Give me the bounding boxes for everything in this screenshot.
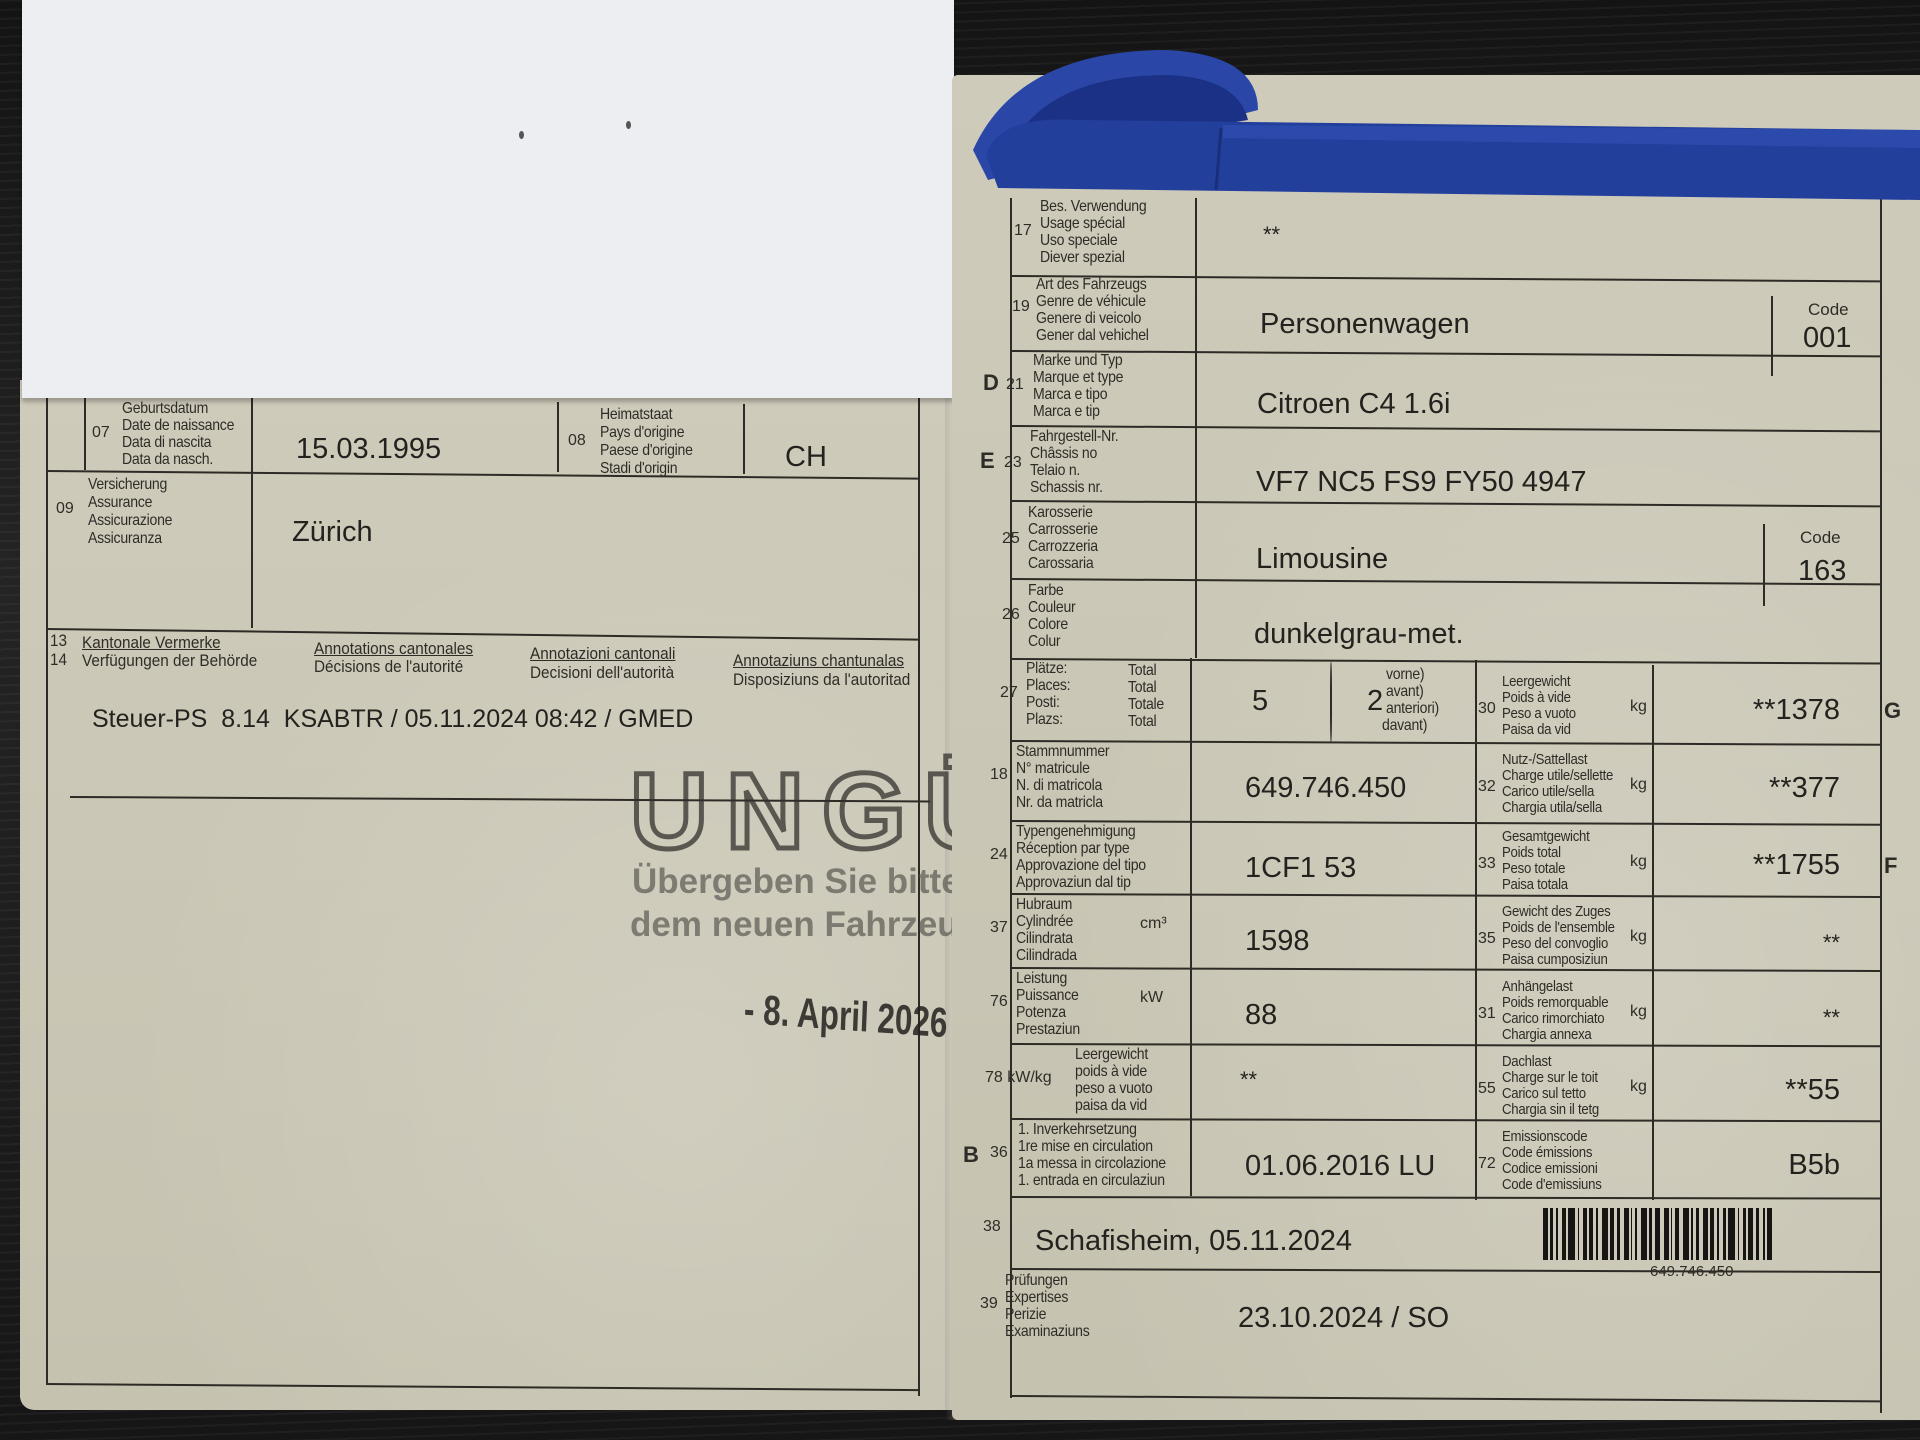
field-number: 30 bbox=[1478, 700, 1496, 718]
field-label: Cilindrada bbox=[1016, 947, 1077, 964]
field-19-number: 19 bbox=[1012, 298, 1030, 316]
blue-pen bbox=[958, 30, 1920, 200]
seats-front-de: vorne) bbox=[1386, 666, 1424, 683]
field-number: 35 bbox=[1478, 930, 1496, 948]
field-17-number: 17 bbox=[1014, 222, 1032, 240]
barcode-bar bbox=[1743, 1208, 1746, 1260]
inspection-value: 23.10.2024 / SO bbox=[1238, 1302, 1449, 1335]
field-label: Codice emissioni bbox=[1502, 1161, 1598, 1177]
field-21-label-de: Marke und Typ bbox=[1033, 352, 1122, 369]
annotation-fr-13: Annotations cantonales bbox=[314, 640, 473, 658]
field-17-label-rm: Diever spezial bbox=[1040, 249, 1125, 266]
field-25-number: 25 bbox=[1002, 530, 1020, 548]
field-value: **55 bbox=[1785, 1074, 1840, 1107]
field-unit: kg bbox=[1630, 928, 1647, 946]
annotation-de-14: Verfügungen der Behörde bbox=[82, 652, 257, 670]
divider bbox=[84, 398, 86, 470]
field-label: N. di matricola bbox=[1016, 777, 1102, 794]
field-21-number: 21 bbox=[1006, 376, 1024, 394]
field-label: Réception par type bbox=[1016, 840, 1129, 857]
barcode-number: 649.746.450 bbox=[1650, 1263, 1733, 1280]
color-value: dunkelgrau-met. bbox=[1254, 618, 1464, 651]
field-label: Leergewicht bbox=[1502, 674, 1570, 690]
field-23-label-rm: Schassis nr. bbox=[1030, 479, 1103, 496]
field-value: B5b bbox=[1788, 1149, 1840, 1182]
annotation-fr-14: Décisions de l'autorité bbox=[314, 658, 463, 676]
field-label: Poids remorquable bbox=[1502, 995, 1608, 1011]
vehicle-type-code: 001 bbox=[1803, 322, 1851, 355]
barcode-bar bbox=[1696, 1208, 1699, 1260]
field-26-label-fr: Couleur bbox=[1028, 599, 1075, 616]
barcode-bar bbox=[1703, 1208, 1708, 1260]
field-label: Poids à vide bbox=[1502, 690, 1571, 706]
annotation-rm-13: Annotaziuns chantunalas bbox=[733, 652, 904, 670]
card-speck bbox=[626, 121, 631, 129]
field-19-label-rm: Gener dal vehichel bbox=[1036, 327, 1149, 344]
side-letter-e: E bbox=[980, 448, 995, 474]
field-label: Paisa da vid bbox=[1502, 722, 1571, 738]
field-07-number: 07 bbox=[92, 424, 110, 442]
barcode-bar bbox=[1723, 1208, 1726, 1260]
annotation-de-13: Kantonale Vermerke bbox=[82, 634, 221, 652]
barcode-bar bbox=[1550, 1208, 1553, 1260]
barcode-bar bbox=[1671, 1208, 1673, 1260]
field-value: **1755 bbox=[1753, 849, 1840, 882]
field-26-label-de: Farbe bbox=[1028, 582, 1063, 599]
seats-label-it: Posti: bbox=[1026, 694, 1060, 711]
seats-front-value: 2 bbox=[1367, 685, 1383, 718]
field-19-label-fr: Genre de véhicule bbox=[1036, 293, 1146, 310]
field-label: Leistung bbox=[1016, 970, 1067, 987]
field-label: Emissionscode bbox=[1502, 1129, 1587, 1145]
field-value: **377 bbox=[1769, 772, 1840, 805]
field-unit: kg bbox=[1630, 1003, 1647, 1021]
field-label: Peso del convoglio bbox=[1502, 936, 1608, 952]
field-unit: kg bbox=[1630, 853, 1647, 871]
field-39-label-de: Prüfungen bbox=[1005, 1272, 1068, 1289]
field-38-number: 38 bbox=[983, 1218, 1001, 1236]
divider bbox=[1190, 658, 1192, 1196]
barcode-bar bbox=[1578, 1208, 1580, 1260]
seats-total-fr: Total bbox=[1128, 679, 1156, 696]
barcode-bar bbox=[1649, 1208, 1652, 1260]
origin-country-value: CH bbox=[785, 441, 827, 474]
field-17-label-fr: Usage spécial bbox=[1040, 215, 1125, 232]
divider bbox=[557, 402, 559, 472]
barcode-bar bbox=[1691, 1208, 1693, 1260]
field-number: 32 bbox=[1478, 778, 1496, 796]
vehicle-type-code-label: Code bbox=[1808, 300, 1849, 320]
barcode-bar bbox=[1635, 1208, 1637, 1260]
field-08-label-rm: Stadi d'origin bbox=[600, 460, 677, 477]
field-label: Paisa cumposiziun bbox=[1502, 952, 1608, 968]
body-type-value: Limousine bbox=[1256, 543, 1388, 576]
field-label: Paisa totala bbox=[1502, 877, 1568, 893]
field-label: poids à vide bbox=[1075, 1063, 1147, 1080]
field-25-label-fr: Carrosserie bbox=[1028, 521, 1098, 538]
field-value: ** bbox=[1823, 930, 1840, 956]
field-08-label-fr: Pays d'origine bbox=[600, 424, 684, 441]
annotation-entry: Steuer-PS 8.14 KSABTR / 05.11.2024 08:42… bbox=[92, 705, 693, 734]
seats-total-de: Total bbox=[1128, 662, 1156, 679]
field-label: Prestaziun bbox=[1016, 1021, 1080, 1038]
body-type-code-label: Code bbox=[1800, 528, 1841, 548]
field-25-label-rm: Carossaria bbox=[1028, 555, 1093, 572]
divider bbox=[743, 404, 745, 474]
barcode-bar bbox=[1664, 1208, 1669, 1260]
field-value: 649.746.450 bbox=[1245, 772, 1406, 805]
field-07-label-it: Data di nascita bbox=[122, 434, 211, 451]
seats-label-fr: Places: bbox=[1026, 677, 1070, 694]
barcode-bar bbox=[1675, 1208, 1678, 1260]
seats-label-rm: Plazs: bbox=[1026, 711, 1063, 728]
field-26-label-it: Colore bbox=[1028, 616, 1068, 633]
field-unit: cm³ bbox=[1140, 915, 1167, 933]
side-letter-g: G bbox=[1884, 698, 1901, 724]
field-label: Code d'emissiuns bbox=[1502, 1177, 1602, 1193]
barcode-bar bbox=[1589, 1208, 1594, 1260]
field-label: Anhängelast bbox=[1502, 979, 1572, 995]
field-label: Approvazione del tipo bbox=[1016, 857, 1146, 874]
barcode-bar bbox=[1756, 1208, 1759, 1260]
seats-total-it: Totale bbox=[1128, 696, 1164, 713]
barcode-bar bbox=[1562, 1208, 1567, 1260]
field-number: 33 bbox=[1478, 855, 1496, 873]
field-unit: kg bbox=[1630, 1078, 1647, 1096]
seats-total-value: 5 bbox=[1252, 685, 1268, 718]
field-number: 31 bbox=[1478, 1005, 1496, 1023]
field-09-label-fr: Assurance bbox=[88, 494, 152, 511]
left-frame-left bbox=[46, 398, 48, 1383]
field-number: 78 kW/kg bbox=[985, 1069, 1052, 1087]
field-08-label-it: Paese d'origine bbox=[600, 442, 693, 459]
field-label: Peso totale bbox=[1502, 861, 1565, 877]
barcode-bar bbox=[1602, 1208, 1608, 1260]
field-23-label-de: Fahrgestell-Nr. bbox=[1030, 428, 1118, 445]
special-use-value: ** bbox=[1263, 222, 1280, 248]
field-39-label-rm: Examinaziuns bbox=[1005, 1323, 1089, 1340]
make-model-value: Citroen C4 1.6i bbox=[1257, 388, 1450, 421]
field-number: 36 bbox=[990, 1144, 1008, 1162]
barcode-bar bbox=[1610, 1208, 1613, 1260]
field-label: N° matricule bbox=[1016, 760, 1090, 777]
field-unit: kg bbox=[1630, 698, 1647, 716]
field-09-label-de: Versicherung bbox=[88, 476, 167, 493]
barcode bbox=[1543, 1208, 1855, 1260]
seats-front-rm: davant) bbox=[1382, 717, 1427, 734]
field-09-label-rm: Assicuranza bbox=[88, 530, 162, 547]
field-label: Chargia sin il tetg bbox=[1502, 1102, 1599, 1118]
field-label: Carico rimorchiato bbox=[1502, 1011, 1604, 1027]
field-26-number: 26 bbox=[1002, 606, 1020, 624]
side-letter-d: D bbox=[983, 370, 999, 396]
card-speck bbox=[519, 131, 524, 139]
field-label: Approvaziun dal tip bbox=[1016, 874, 1131, 891]
divider bbox=[1771, 296, 1773, 376]
field-39-label-it: Perizie bbox=[1005, 1306, 1046, 1323]
barcode-bar bbox=[1568, 1208, 1574, 1260]
field-09-label-it: Assicurazione bbox=[88, 512, 172, 529]
field-07-label-de: Geburtsdatum bbox=[122, 400, 208, 417]
field-23-number: 23 bbox=[1004, 454, 1022, 472]
brace bbox=[1330, 662, 1332, 742]
field-label: Hubraum bbox=[1016, 896, 1072, 913]
barcode-bar bbox=[1543, 1208, 1548, 1260]
field-number: 24 bbox=[990, 846, 1008, 864]
field-label: Carico sul tetto bbox=[1502, 1086, 1586, 1102]
barcode-bar bbox=[1763, 1208, 1765, 1260]
field-26-label-rm: Colur bbox=[1028, 633, 1060, 650]
field-number: 55 bbox=[1478, 1080, 1496, 1098]
field-label: Code émissions bbox=[1502, 1145, 1592, 1161]
field-label: 1re mise en circulation bbox=[1018, 1138, 1153, 1155]
field-number: 37 bbox=[990, 919, 1008, 937]
field-07-label-rm: Data da nasch. bbox=[122, 451, 213, 468]
field-label: Chargia utila/sella bbox=[1502, 800, 1602, 816]
barcode-bar bbox=[1748, 1208, 1753, 1260]
annotation-rm-14: Disposiziuns da l'autoritad bbox=[733, 671, 910, 689]
field-08-label-de: Heimatstaat bbox=[600, 406, 672, 423]
white-card-cover bbox=[22, 0, 954, 398]
barcode-bar bbox=[1583, 1208, 1586, 1260]
field-label: Charge utile/sellette bbox=[1502, 768, 1613, 784]
field-23-label-it: Telaio n. bbox=[1030, 462, 1080, 479]
field-unit: kW bbox=[1140, 989, 1163, 1007]
field-number: 18 bbox=[990, 766, 1008, 784]
field-23-label-fr: Châssis no bbox=[1030, 445, 1097, 462]
field-label: Cilindrata bbox=[1016, 930, 1073, 947]
annotation-number-14: 14 bbox=[50, 651, 67, 669]
field-07-label-fr: Date de naissance bbox=[122, 417, 234, 434]
side-letter-f: F bbox=[1884, 853, 1897, 879]
birth-date-value: 15.03.1995 bbox=[296, 433, 441, 466]
field-value: 01.06.2016 LU bbox=[1245, 1150, 1435, 1183]
field-25-label-de: Karosserie bbox=[1028, 504, 1093, 521]
divider bbox=[1763, 524, 1765, 606]
field-label: 1. entrada en circulaziun bbox=[1018, 1172, 1165, 1189]
field-label: Nr. da matricla bbox=[1016, 794, 1103, 811]
barcode-bar bbox=[1728, 1208, 1734, 1260]
field-21-label-it: Marca e tipo bbox=[1033, 386, 1107, 403]
field-label: Dachlast bbox=[1502, 1054, 1551, 1070]
field-39-label-fr: Expertises bbox=[1005, 1289, 1068, 1306]
barcode-bar bbox=[1624, 1208, 1629, 1260]
seats-label-de: Plätze: bbox=[1026, 660, 1067, 677]
annotation-it-13: Annotazioni cantonali bbox=[530, 645, 675, 663]
barcode-bar bbox=[1767, 1208, 1772, 1260]
field-21-label-rm: Marca e tip bbox=[1033, 403, 1100, 420]
field-21-label-fr: Marque et type bbox=[1033, 369, 1123, 386]
field-label: 1. Inverkehrsetzung bbox=[1018, 1121, 1137, 1138]
seats-total-rm: Total bbox=[1128, 713, 1156, 730]
field-label: Stammnummer bbox=[1016, 743, 1109, 760]
barcode-bar bbox=[1717, 1208, 1719, 1260]
field-number: 72 bbox=[1478, 1155, 1496, 1173]
field-label: 1a messa in circolazione bbox=[1018, 1155, 1166, 1172]
divider bbox=[251, 398, 253, 628]
barcode-bar bbox=[1738, 1208, 1740, 1260]
field-label: Cylindrée bbox=[1016, 913, 1073, 930]
barcode-bar bbox=[1641, 1208, 1647, 1260]
field-label: Nutz-/Sattellast bbox=[1502, 752, 1587, 768]
seats-front-it: anteriori) bbox=[1386, 700, 1439, 717]
field-19-label-it: Genere di veicolo bbox=[1036, 310, 1141, 327]
barcode-bar bbox=[1631, 1208, 1633, 1260]
field-label: Peso a vuoto bbox=[1502, 706, 1576, 722]
field-label: Leergewicht bbox=[1075, 1046, 1148, 1063]
barcode-bar bbox=[1596, 1208, 1598, 1260]
annotation-it-14: Decisioni dell'autorità bbox=[530, 664, 674, 682]
barcode-bar bbox=[1655, 1208, 1660, 1260]
side-letter-b: B bbox=[963, 1142, 979, 1168]
chassis-number-value: VF7 NC5 FS9 FY50 4947 bbox=[1256, 466, 1586, 499]
barcode-bar bbox=[1683, 1208, 1689, 1260]
insurance-value: Zürich bbox=[292, 516, 373, 549]
field-27-number: 27 bbox=[1000, 684, 1018, 702]
field-unit: kg bbox=[1630, 776, 1647, 794]
field-label: Poids total bbox=[1502, 845, 1561, 861]
field-label: Carico utile/sella bbox=[1502, 784, 1594, 800]
field-label: Charge sur le toit bbox=[1502, 1070, 1598, 1086]
field-value: 1CF1 53 bbox=[1245, 852, 1356, 885]
field-number: 76 bbox=[990, 993, 1008, 1011]
field-25-label-it: Carrozzeria bbox=[1028, 538, 1098, 555]
field-value: 1598 bbox=[1245, 925, 1310, 958]
field-label: Typengenehmigung bbox=[1016, 823, 1135, 840]
field-39-number: 39 bbox=[980, 1295, 998, 1313]
annotation-number-13: 13 bbox=[50, 632, 67, 650]
field-label: peso a vuoto bbox=[1075, 1080, 1152, 1097]
field-17-label-de: Bes. Verwendung bbox=[1040, 198, 1146, 215]
field-17-label-it: Uso speciale bbox=[1040, 232, 1117, 249]
issue-place-date: Schafisheim, 05.11.2024 bbox=[1035, 1225, 1352, 1258]
vehicle-type-value: Personenwagen bbox=[1260, 308, 1470, 341]
field-label: Poids de l'ensemble bbox=[1502, 920, 1615, 936]
field-value: ** bbox=[1240, 1067, 1257, 1093]
field-value: ** bbox=[1823, 1005, 1840, 1031]
body-type-code: 163 bbox=[1798, 555, 1846, 588]
barcode-bar bbox=[1710, 1208, 1715, 1260]
right-frame-right bbox=[1880, 198, 1882, 1413]
field-value: **1378 bbox=[1753, 694, 1840, 727]
field-09-number: 09 bbox=[56, 500, 74, 518]
field-19-label-de: Art des Fahrzeugs bbox=[1036, 276, 1147, 293]
field-label: paisa da vid bbox=[1075, 1097, 1147, 1114]
field-08-number: 08 bbox=[568, 432, 586, 450]
field-label: Puissance bbox=[1016, 987, 1079, 1004]
field-value: 88 bbox=[1245, 999, 1277, 1032]
barcode-bar bbox=[1617, 1208, 1620, 1260]
field-label: Gesamtgewicht bbox=[1502, 829, 1590, 845]
field-label: Gewicht des Zuges bbox=[1502, 904, 1611, 920]
barcode-bar bbox=[1556, 1208, 1558, 1260]
field-label: Potenza bbox=[1016, 1004, 1066, 1021]
field-label: Chargia annexa bbox=[1502, 1027, 1592, 1043]
seats-front-fr: avant) bbox=[1386, 683, 1424, 700]
